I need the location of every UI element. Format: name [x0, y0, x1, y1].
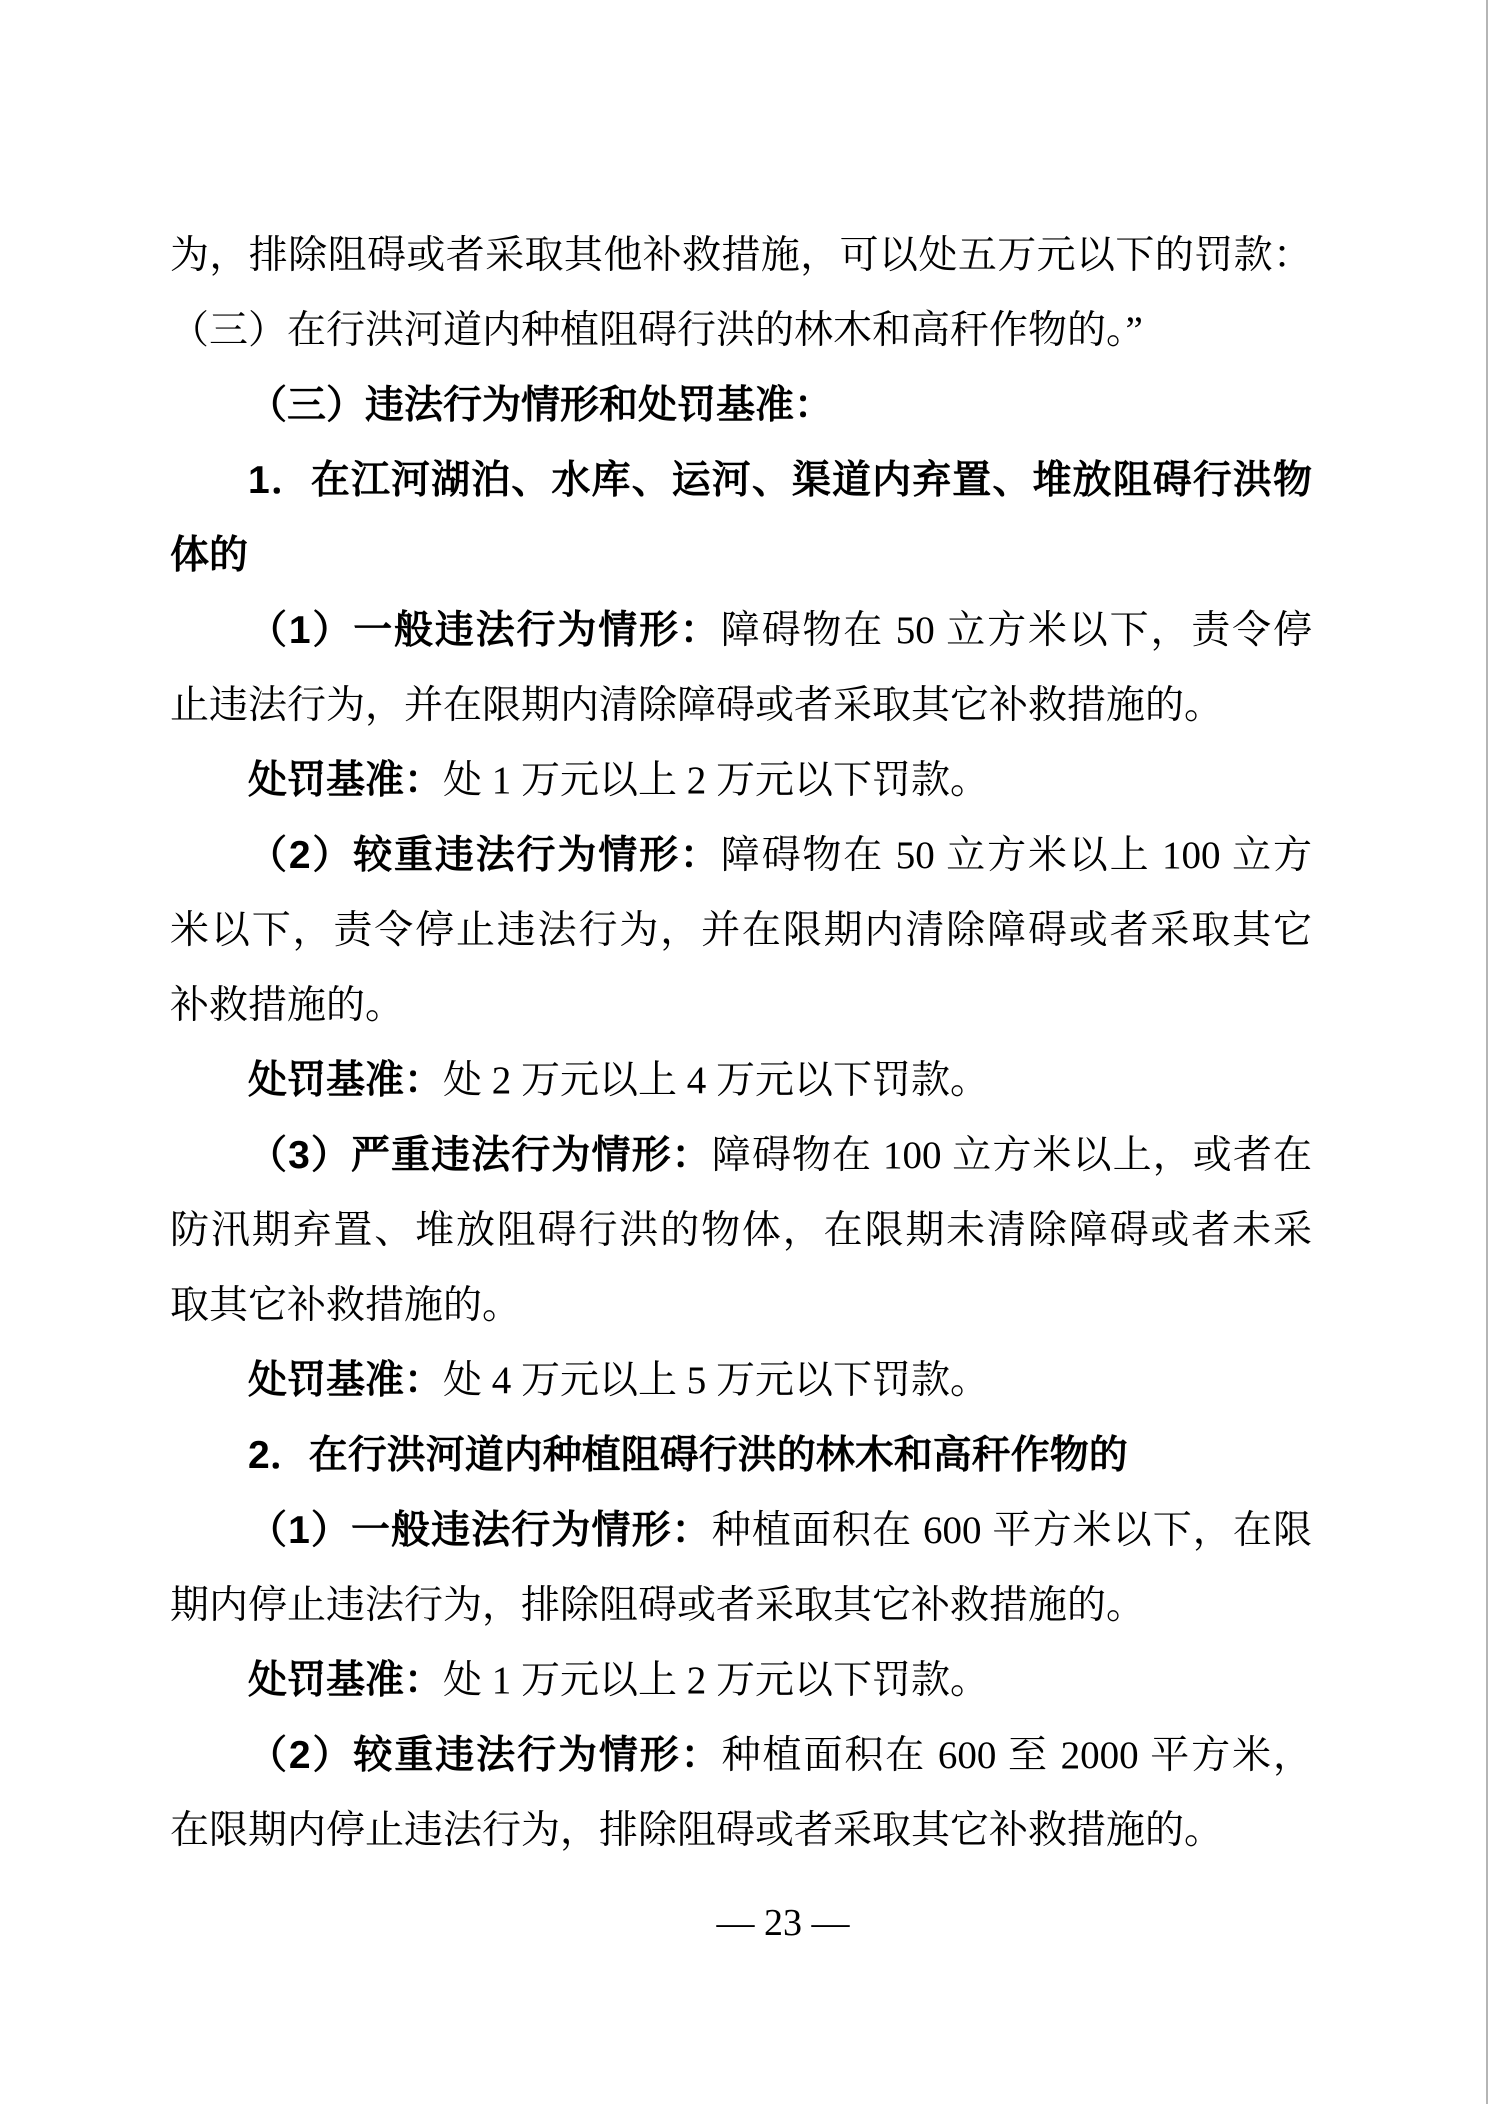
body-text: 处 4 万元以上 5 万元以下罚款。: [443, 1359, 989, 1402]
bold-heading-text: 处罚基准：: [248, 1659, 443, 1702]
body-text: 处 1 万元以上 2 万元以下罚款。: [443, 759, 989, 802]
bold-heading-text: （2）较重违法行为情形：: [248, 834, 721, 877]
body-text: 障碍物在 50 立方米以上 100 立方: [721, 834, 1312, 877]
document-line: 期内停止违法行为，排除阻碍或者采取其它补救措施的。: [170, 1568, 1312, 1643]
document-line: 2．在行洪河道内种植阻碍行洪的林木和高秆作物的: [170, 1418, 1312, 1493]
document-line: 米以下，责令停止违法行为，并在限期内清除障碍或者采取其它: [170, 893, 1312, 968]
body-text: 障碍物在 100 立方米以上，或者在: [712, 1134, 1312, 1177]
body-text: 米以下，责令停止违法行为，并在限期内清除障碍或者采取其它: [170, 909, 1312, 952]
document-line: （三）违法行为情形和处罚基准：: [170, 368, 1312, 443]
bold-heading-text: 处罚基准：: [248, 1059, 443, 1102]
bold-heading-text: 处罚基准：: [248, 759, 443, 802]
body-text: 止违法行为，并在限期内清除障碍或者采取其它补救措施的。: [170, 684, 1223, 727]
body-text: 处 2 万元以上 4 万元以下罚款。: [443, 1059, 989, 1102]
bold-heading-text: 体的: [170, 534, 248, 577]
document-line: （三）在行洪河道内种植阻碍行洪的林木和高秆作物的。”: [170, 293, 1312, 368]
document-body: 为，排除阻碍或者采取其他补救措施，可以处五万元以下的罚款：（三）在行洪河道内种植…: [170, 218, 1312, 1868]
document-line: 体的: [170, 518, 1312, 593]
document-line: 取其它补救措施的。: [170, 1268, 1312, 1343]
body-text: 为，排除阻碍或者采取其他补救措施，可以处五万元以下的罚款：: [170, 234, 1312, 277]
body-text: 取其它补救措施的。: [170, 1284, 521, 1327]
document-line: 为，排除阻碍或者采取其他补救措施，可以处五万元以下的罚款：: [170, 218, 1312, 293]
bold-heading-text: （1）一般违法行为情形：: [248, 609, 721, 652]
document-line: 止违法行为，并在限期内清除障碍或者采取其它补救措施的。: [170, 668, 1312, 743]
document-page: 为，排除阻碍或者采取其他补救措施，可以处五万元以下的罚款：（三）在行洪河道内种植…: [0, 0, 1488, 2104]
body-text: （三）在行洪河道内种植阻碍行洪的林木和高秆作物的。”: [170, 309, 1143, 352]
body-text: 种植面积在 600 平方米以下，在限: [712, 1509, 1312, 1552]
bold-heading-text: （1）一般违法行为情形：: [248, 1509, 712, 1552]
body-text: 防汛期弃置、堆放阻碍行洪的物体，在限期未清除障碍或者未采: [170, 1209, 1312, 1252]
body-text: 种植面积在 600 至 2000 平方米，: [722, 1734, 1312, 1777]
document-line: （3）严重违法行为情形：障碍物在 100 立方米以上，或者在: [170, 1118, 1312, 1193]
document-line: 处罚基准：处 2 万元以上 4 万元以下罚款。: [170, 1043, 1312, 1118]
bold-heading-text: 1．在江河湖泊、水库、运河、渠道内弃置、堆放阻碍行洪物: [248, 459, 1312, 502]
document-line: （2）较重违法行为情形：种植面积在 600 至 2000 平方米，: [170, 1718, 1312, 1793]
document-line: 防汛期弃置、堆放阻碍行洪的物体，在限期未清除障碍或者未采: [170, 1193, 1312, 1268]
document-line: 补救措施的。: [170, 968, 1312, 1043]
bold-heading-text: （2）较重违法行为情形：: [248, 1734, 722, 1777]
body-text: 补救措施的。: [170, 984, 404, 1027]
document-line: 1．在江河湖泊、水库、运河、渠道内弃置、堆放阻碍行洪物: [170, 443, 1312, 518]
document-line: 处罚基准：处 1 万元以上 2 万元以下罚款。: [170, 743, 1312, 818]
kai-heading-text: （三）违法行为情形和处罚基准：: [248, 384, 833, 427]
body-text: 在限期内停止违法行为，排除阻碍或者采取其它补救措施的。: [170, 1809, 1223, 1852]
document-line: （1）一般违法行为情形：种植面积在 600 平方米以下，在限: [170, 1493, 1312, 1568]
body-text: 处 1 万元以上 2 万元以下罚款。: [443, 1659, 989, 1702]
body-text: 障碍物在 50 立方米以下，责令停: [721, 609, 1312, 652]
document-line: 处罚基准：处 1 万元以上 2 万元以下罚款。: [170, 1643, 1312, 1718]
bold-heading-text: 2．在行洪河道内种植阻碍行洪的林木和高秆作物的: [248, 1434, 1128, 1477]
document-line: （2）较重违法行为情形：障碍物在 50 立方米以上 100 立方: [170, 818, 1312, 893]
bold-heading-text: 处罚基准：: [248, 1359, 443, 1402]
body-text: 期内停止违法行为，排除阻碍或者采取其它补救措施的。: [170, 1584, 1145, 1627]
document-line: （1）一般违法行为情形：障碍物在 50 立方米以下，责令停: [170, 593, 1312, 668]
document-line: 在限期内停止违法行为，排除阻碍或者采取其它补救措施的。: [170, 1793, 1312, 1868]
bold-heading-text: （3）严重违法行为情形：: [248, 1134, 712, 1177]
page-number: — 23 —: [717, 1898, 850, 1948]
document-line: 处罚基准：处 4 万元以上 5 万元以下罚款。: [170, 1343, 1312, 1418]
